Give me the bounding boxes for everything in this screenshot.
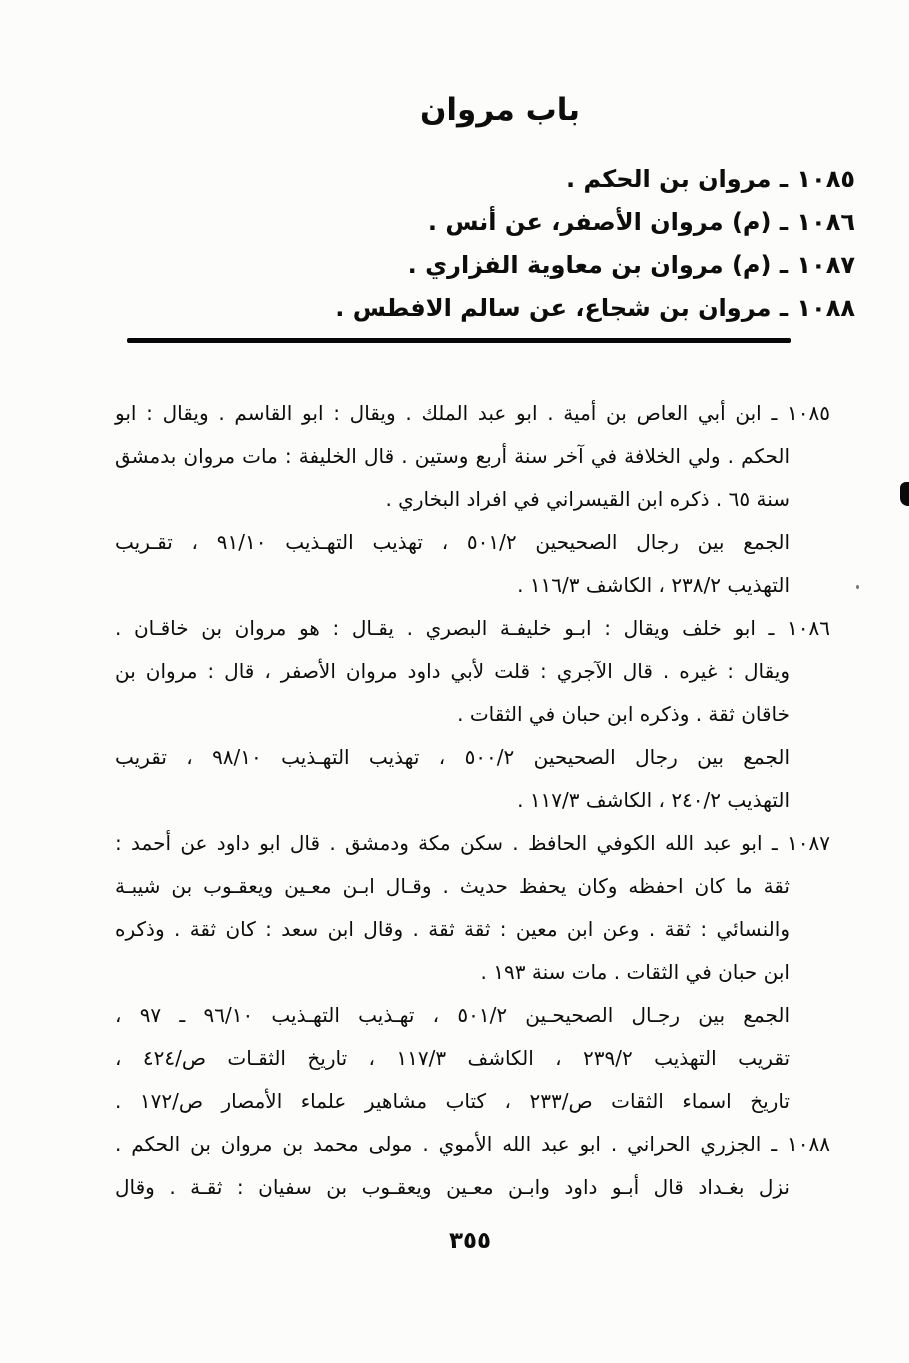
body-line: خاقان ثقة . وذكره ابن حبان في الثقات . [115, 693, 790, 736]
chapter-title: باب مروان [140, 92, 860, 128]
body-line: ١٠٨٧ ـ ابو عبد الله الكوفي الحافظ . سكن … [115, 822, 830, 865]
body-line: التهذيب ٢٣٨/٢ ، الكاشف ١١٦/٣ . [115, 564, 790, 607]
index-entry: ١٠٨٨ ـ مروان بن شجاع، عن سالم الافطس . [120, 287, 855, 330]
book-page: باب مروان ١٠٨٥ ـ مروان بن الحكم . ١٠٨٦ ـ… [0, 0, 909, 1363]
page-number: ٣٥٥ [400, 1228, 540, 1254]
section-divider-rule [127, 338, 791, 343]
body-line: ويقال : غيره . قال الآجري : قلت لأبي داو… [115, 650, 790, 693]
body-line: الجمع بين رجال الصحيحين ٥٠١/٢ ، تهذيب ال… [115, 521, 790, 564]
entry-index-list: ١٠٨٥ ـ مروان بن الحكم . ١٠٨٦ ـ (م) مروان… [120, 158, 855, 330]
index-entry: ١٠٨٧ ـ (م) مروان بن معاوية الفزاري . [120, 244, 855, 287]
body-line: الجمع بين رجال الصحيحين ٥٠٠/٢ ، تهذيب ال… [115, 736, 790, 779]
index-entry: ١٠٨٥ ـ مروان بن الحكم . [120, 158, 855, 201]
body-line: نزل بغـداد قال أبـو داود وابـن معـين ويع… [115, 1166, 790, 1209]
body-line: ثقة ما كان احفظه وكان يحفظ حديث . وقـال … [115, 865, 790, 908]
index-entry: ١٠٨٦ ـ (م) مروان الأصفر، عن أنس . [120, 201, 855, 244]
body-line: تاريخ اسماء الثقات ص/٢٣٣ ، كتاب مشاهير ع… [115, 1080, 790, 1123]
body-line: ١٠٨٥ ـ ابن أبي العاص بن أمية . ابو عبد ا… [115, 392, 830, 435]
body-line: التهذيب ٢٤٠/٢ ، الكاشف ١١٧/٣ . [115, 779, 790, 822]
body-line: سنة ٦٥ . ذكره ابن القيسراني في افراد الب… [115, 478, 790, 521]
body-line: والنسائي : ثقة . وعن ابن معين : ثقة ثقة … [115, 908, 790, 951]
body-line: ابن حبان في الثقات . مات سنة ١٩٣ . [115, 951, 790, 994]
scan-speck [856, 585, 859, 589]
body-line: الحكم . ولي الخلافة في آخر سنة أربع وستي… [115, 435, 790, 478]
margin-ink-mark [900, 482, 909, 506]
biography-text-block: ١٠٨٥ ـ ابن أبي العاص بن أمية . ابو عبد ا… [115, 392, 790, 1209]
body-line: تقريب التهذيب ٢٣٩/٢ ، الكاشف ١١٧/٣ ، تار… [115, 1037, 790, 1080]
body-line: ١٠٨٦ ـ ابو خلف ويقال : ابـو خليفـة البصر… [115, 607, 830, 650]
body-line: الجمع بين رجـال الصحيحـين ٥٠١/٢ ، تهـذيب… [115, 994, 790, 1037]
body-line: ١٠٨٨ ـ الجزري الحراني . ابو عبد الله الأ… [115, 1123, 830, 1166]
